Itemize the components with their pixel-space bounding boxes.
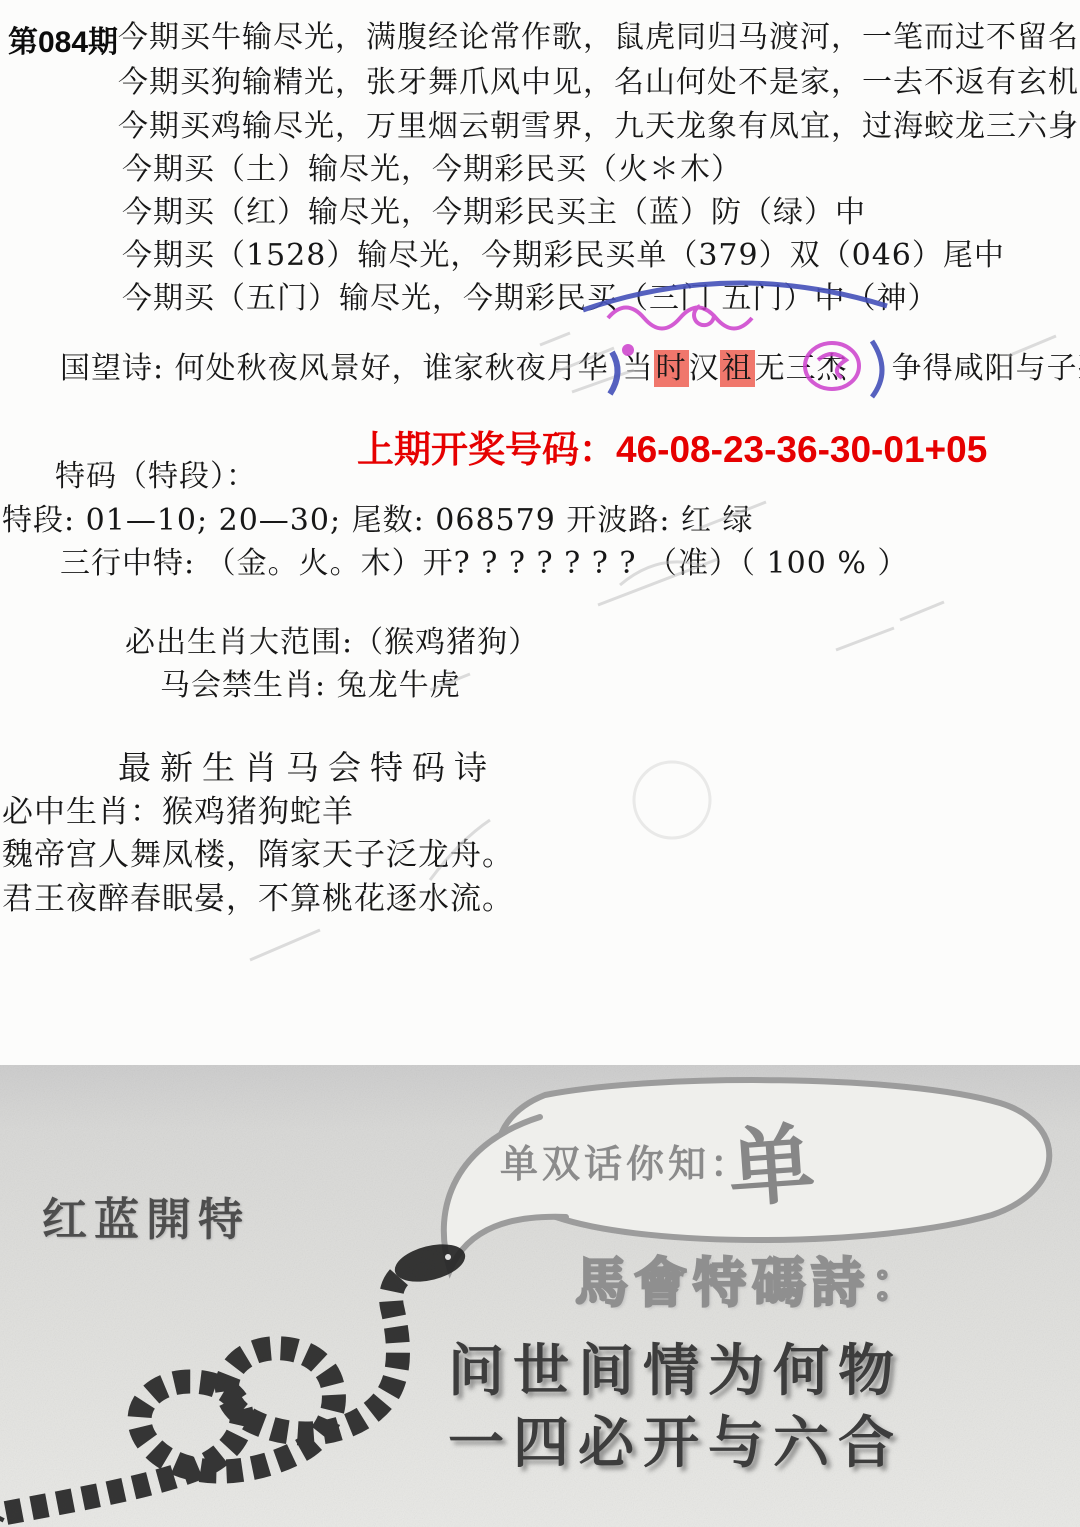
buy-line: 今期买（土）输尽光，今期彩民买（火＊木） — [122, 144, 742, 188]
issue-badge: 第084期 — [8, 17, 118, 61]
sanxing-line: 三行中特: （金。火。木）开? ? ? ? ? ? ? （准）（ 100 % ） — [60, 538, 908, 582]
snake-body — [6, 1265, 420, 1513]
snake-tail-tip — [0, 1517, 2, 1521]
snake-eye — [445, 1254, 451, 1260]
guowang-poem-line: 国望诗: 何处秋夜风景好，谁家秋夜月华当时汉祖无三杰争得咸阳与子孙。 — [60, 343, 1080, 387]
mahui-poem-title: 馬會特碼詩： — [575, 1241, 929, 1317]
mahui-poem-line: 一四必开与六合 — [448, 1399, 903, 1479]
latest-poem-line: 魏帝宫人舞凤楼，隋家天子泛龙舟。 — [2, 829, 514, 874]
tema-label: 特码（特段）： — [55, 451, 257, 495]
zodiac-poem-line: 今期买狗输精光，张牙舞爪风中见，名山何处不是家，一去不返有玄机。 — [118, 57, 1080, 101]
bubble-question-label: 单双话你知： — [500, 1133, 752, 1188]
latest-poem-line: 君王夜醉春眠晏，不算桃花逐水流。 — [2, 873, 514, 918]
zodiac-poem-line: 今期买牛输尽光，满腹经论常作歌，鼠虎同归马渡河，一笔而过不留名。 — [118, 12, 1080, 56]
bubble-answer-handwritten: 单 — [724, 1094, 818, 1224]
latest-poem-title: 最新生肖马会特码诗 — [118, 742, 496, 789]
guowang-prefix: 国望诗: 何处秋夜风景好，谁家秋夜月华 — [60, 351, 609, 386]
must-hit-zodiac-line: 必中生肖：猴鸡猪狗蛇羊 — [2, 786, 354, 831]
last-draw-numbers: 46-08-23-36-30-01+05 — [616, 429, 987, 470]
red-highlight-char: 时 — [654, 350, 689, 387]
last-draw-line: 上期开奖号码：46-08-23-36-30-01+05 — [357, 419, 987, 473]
last-draw-label: 上期开奖号码： — [357, 429, 616, 470]
lottery-tip-sheet: 第084期 今期买牛输尽光，满腹经论常作歌，鼠虎同归马渡河，一笔而过不留名。 今… — [0, 0, 1080, 1527]
zodiac-poem-line: 今期买鸡输尽光，万里烟云朝雪界，九天龙象有凤宜，过海蛟龙三六身。 — [118, 101, 1080, 145]
must-out-zodiac-line: 必出生肖大范围:（猴鸡猪狗） — [125, 617, 539, 661]
buy-line: 今期买（1528）输尽光，今期彩民买单（379）双（046）尾中 — [122, 230, 1005, 274]
photo-section: 单双话你知： 单 红蓝開特 馬會特碼詩： 问世间情为何物 一四必开与六合 — [0, 1065, 1080, 1527]
guowang-suffix: 争得咸阳与子孙。 — [892, 351, 1080, 386]
teduan-line: 特段: 01—10; 20—30; 尾数: 068579 开波路: 红 绿 — [2, 495, 754, 539]
snake-head — [391, 1238, 469, 1288]
buy-line: 今期买（五门）输尽光，今期彩民买（三门 五门）中（神） — [122, 273, 939, 317]
banned-zodiac-line: 马会禁生肖: 兔龙牛虎 — [160, 660, 461, 704]
buy-line: 今期买（红）输尽光，今期彩民买主（蓝）防（绿）中 — [122, 187, 866, 231]
snake-image — [0, 1237, 480, 1527]
mahui-poem-line: 问世间情为何物 — [448, 1327, 903, 1407]
red-highlight-char: 祖 — [720, 350, 755, 387]
guowang-seg: 汉 — [689, 351, 720, 386]
guowang-seg: 当 — [623, 351, 654, 386]
red-blue-open-special-label: 红蓝開特 — [42, 1183, 250, 1248]
guowang-seg: 无三杰 — [755, 351, 848, 386]
